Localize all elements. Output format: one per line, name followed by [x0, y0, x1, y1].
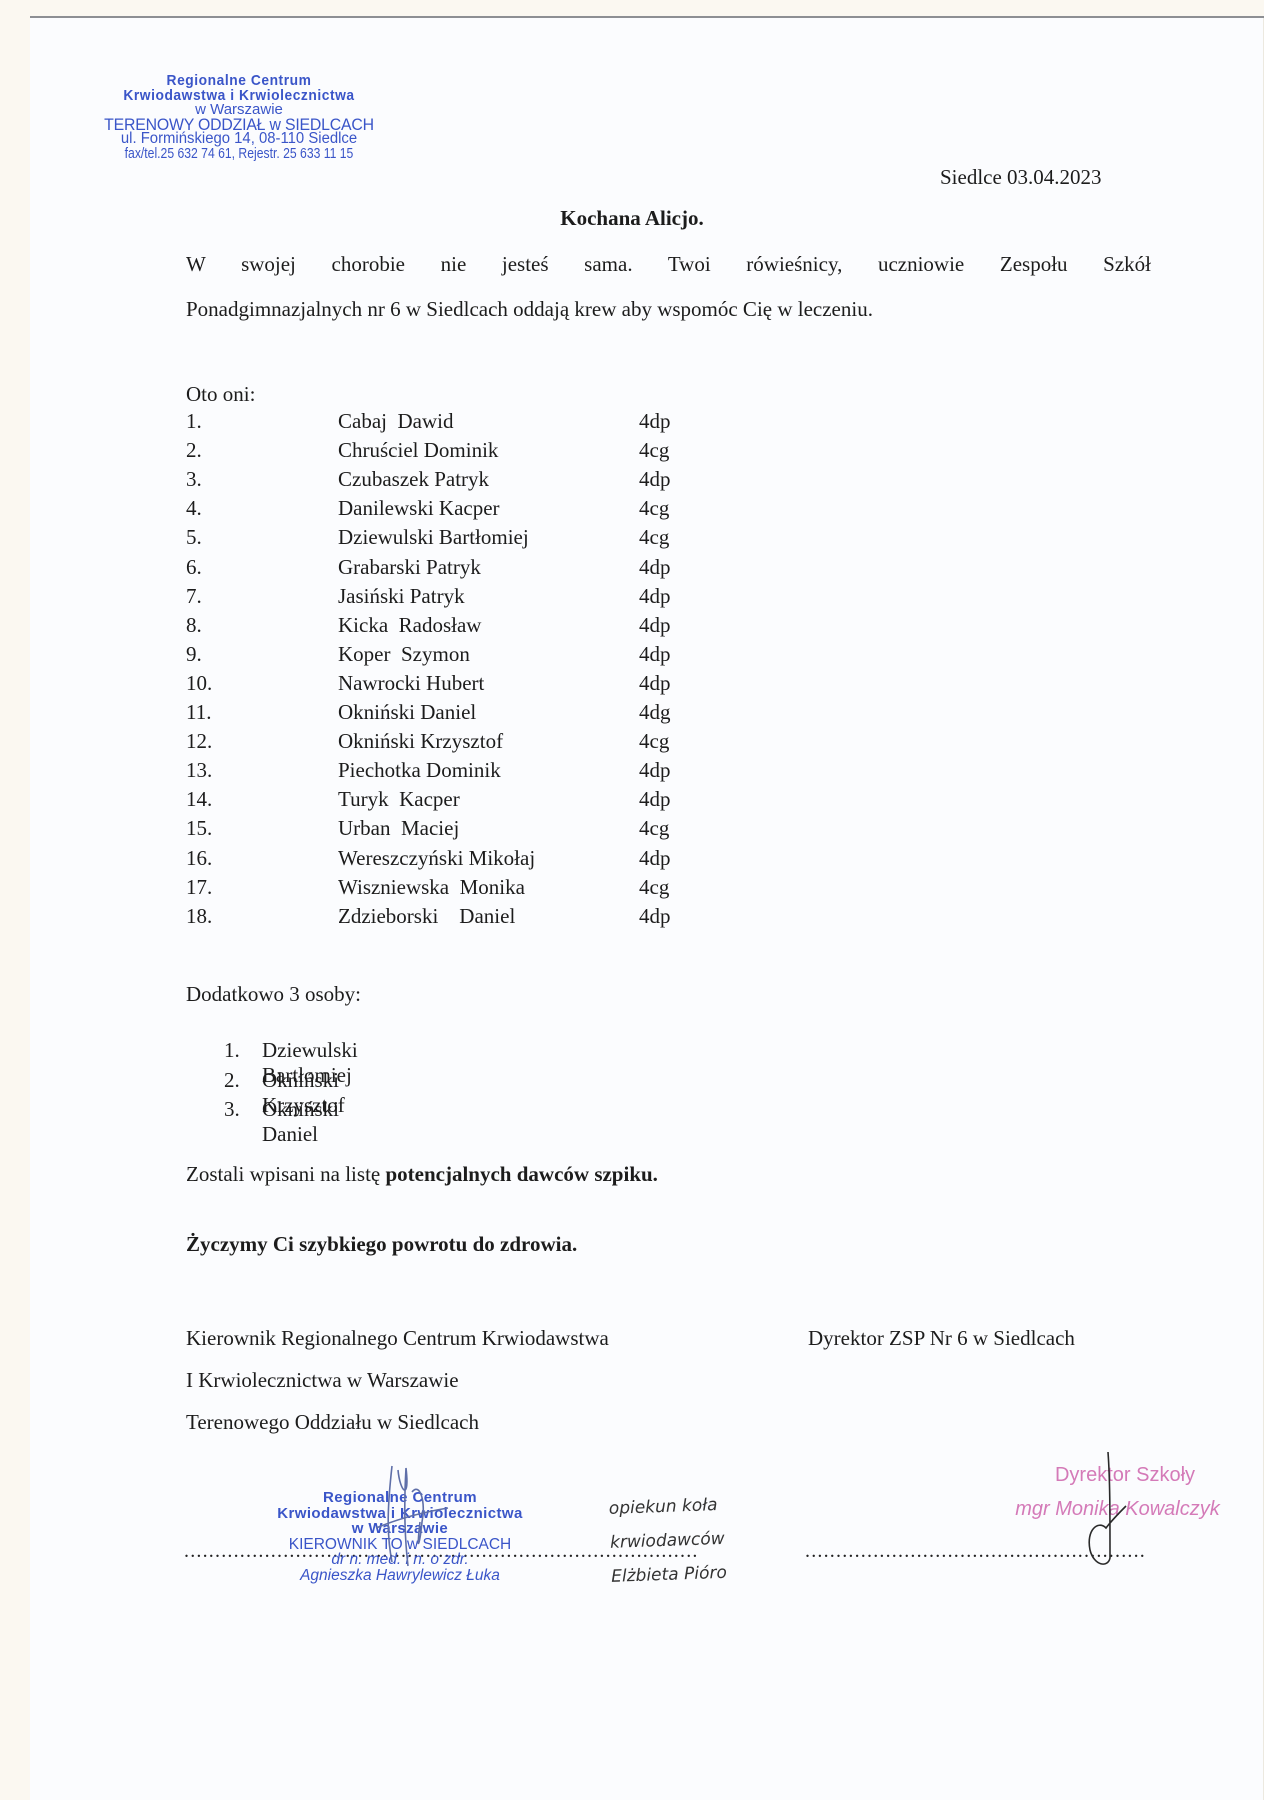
donor-name: Turyk Kacper — [338, 787, 460, 812]
donor-number: 14. — [186, 787, 212, 812]
donor-name: Okniński Daniel — [338, 700, 476, 725]
donor-class: 4dp — [639, 584, 671, 609]
donor-name: Nawrocki Hubert — [338, 671, 484, 696]
donor-class: 4cg — [639, 496, 669, 521]
donor-name: Czubaszek Patryk — [338, 467, 489, 492]
donor-number: 16. — [186, 846, 212, 871]
donor-number: 11. — [186, 700, 211, 725]
donors-label: Oto oni: — [186, 382, 255, 407]
donor-name: Kicka Radosław — [338, 613, 481, 638]
letterhead-stamp: Regionalne Centrum Krwiodawstwa i Krwiol… — [98, 74, 380, 161]
handwritten-note: opiekun koła krwiodawców Elżbieta Pióro — [608, 1484, 831, 1594]
donor-number: 1. — [186, 409, 202, 434]
donor-class: 4dp — [639, 409, 671, 434]
letter-date: Siedlce 03.04.2023 — [940, 165, 1102, 190]
donor-name: Urban Maciej — [338, 816, 459, 841]
donor-number: 4. — [186, 496, 202, 521]
donor-number: 5. — [186, 525, 202, 550]
intro-line-2: Ponadgimnazjalnych nr 6 w Siedlcach odda… — [186, 297, 873, 322]
intro-line-1: W swojej chorobie nie jesteś sama. Twoi … — [186, 252, 1151, 277]
donor-class: 4dp — [639, 642, 671, 667]
donor-number: 15. — [186, 816, 212, 841]
registry-note: Zostali wpisani na listę potencjalnych d… — [186, 1162, 658, 1187]
stamp-line: ul. Formińskiego 14, 08-110 Siedlce — [104, 132, 375, 147]
donor-class: 4dp — [639, 555, 671, 580]
signature-title-right: Dyrektor ZSP Nr 6 w Siedlcach — [808, 1326, 1075, 1351]
stamp-line: fax/tel.25 632 74 61, Rejestr. 25 633 11… — [121, 147, 358, 162]
donor-number: 18. — [186, 904, 212, 929]
donor-class: 4cg — [639, 875, 669, 900]
donor-number: 2. — [186, 438, 202, 463]
donor-class: 4cg — [639, 525, 669, 550]
wish-line: Życzymy Ci szybkiego powrotu do zdrowia. — [186, 1232, 577, 1257]
registry-bold: potencjalnych dawców szpiku. — [385, 1162, 657, 1186]
extra-number: 1. — [224, 1038, 240, 1063]
donor-name: Grabarski Patryk — [338, 555, 481, 580]
extra-label: Dodatkowo 3 osoby: — [186, 982, 361, 1007]
donor-class: 4cg — [639, 438, 669, 463]
signature-scribble-right — [1080, 1450, 1140, 1580]
donor-number: 17. — [186, 875, 212, 900]
donor-number: 3. — [186, 467, 202, 492]
signature-title-left-2: I Krwiolecznictwa w Warszawie — [186, 1368, 459, 1393]
registry-prefix: Zostali wpisani na listę — [186, 1162, 385, 1186]
donor-name: Wereszczyński Mikołaj — [338, 846, 535, 871]
donor-class: 4dp — [639, 787, 671, 812]
greeting: Kochana Alicjo. — [0, 206, 1264, 231]
donor-number: 9. — [186, 642, 202, 667]
donor-number: 6. — [186, 555, 202, 580]
donor-class: 4dp — [639, 758, 671, 783]
donor-class: 4cg — [639, 729, 669, 754]
donor-name: Okniński Krzysztof — [338, 729, 503, 754]
donor-class: 4dp — [639, 467, 671, 492]
donor-name: Jasiński Patryk — [338, 584, 465, 609]
donor-number: 12. — [186, 729, 212, 754]
donor-class: 4dp — [639, 671, 671, 696]
donor-name: Danilewski Kacper — [338, 496, 500, 521]
donor-number: 13. — [186, 758, 212, 783]
donor-class: 4dp — [639, 846, 671, 871]
extra-number: 3. — [224, 1097, 240, 1122]
donor-name: Wiszniewska Monika — [338, 875, 525, 900]
donor-number: 10. — [186, 671, 212, 696]
donor-class: 4cg — [639, 816, 669, 841]
donor-class: 4dp — [639, 613, 671, 638]
signature-title-left-1: Kierownik Regionalnego Centrum Krwiodaws… — [186, 1326, 609, 1351]
signature-scribble-left — [370, 1462, 450, 1572]
donor-name: Zdzieborski Daniel — [338, 904, 515, 929]
stamp-line: Krwiodawstwa i Krwiolecznictwa — [109, 89, 368, 104]
donor-name: Cabaj Dawid — [338, 409, 453, 434]
extra-number: 2. — [224, 1068, 240, 1093]
donor-number: 8. — [186, 613, 202, 638]
donor-name: Koper Szymon — [338, 642, 470, 667]
extra-name: Okniński Daniel — [262, 1097, 339, 1147]
donor-class: 4dg — [639, 700, 671, 725]
donor-name: Chruściel Dominik — [338, 438, 498, 463]
donor-class: 4dp — [639, 904, 671, 929]
donor-name: Piechotka Dominik — [338, 758, 501, 783]
donor-name: Dziewulski Bartłomiej — [338, 525, 529, 550]
donor-number: 7. — [186, 584, 202, 609]
signature-title-left-3: Terenowego Oddziału w Siedlcach — [186, 1410, 479, 1435]
